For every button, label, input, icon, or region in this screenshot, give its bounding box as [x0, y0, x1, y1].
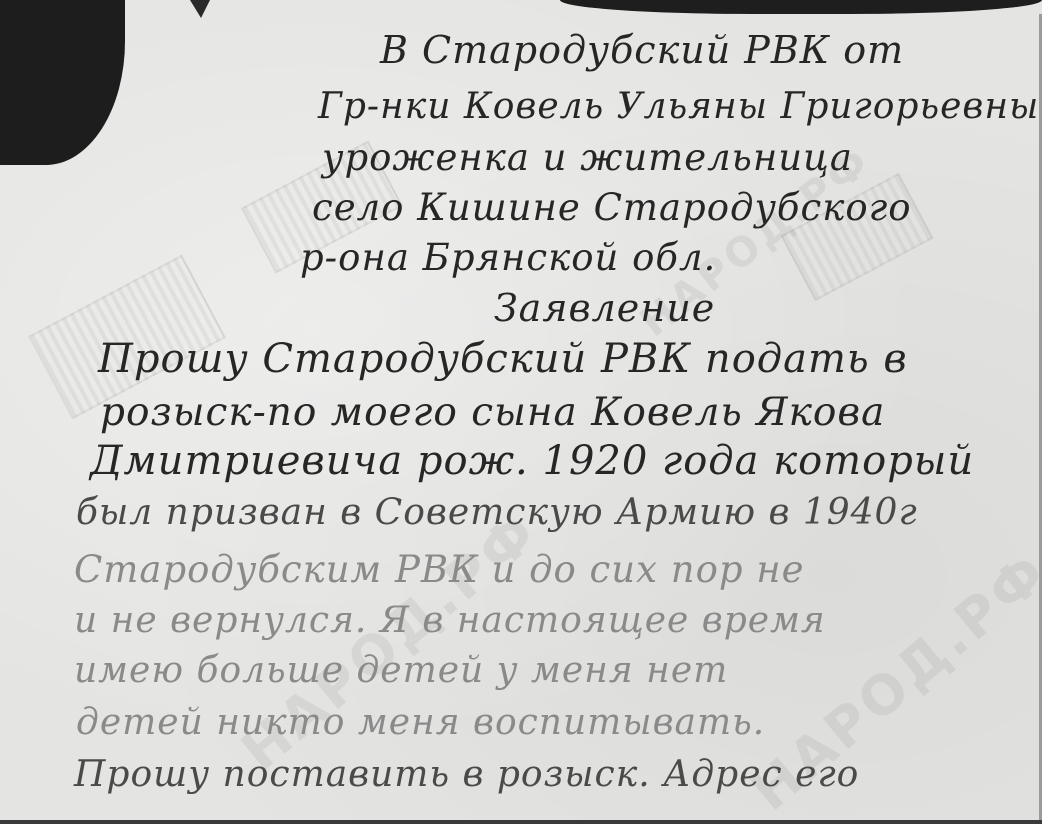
body-line-9: Прошу поставить в розыск. Адрес его	[74, 754, 859, 795]
body-line-4: был призван в Советскую Армию в 1940г	[76, 492, 918, 533]
header-line-1: В Стародубский РВК от	[380, 28, 904, 72]
body-line-1: Прошу Стародубский РВК подать в	[98, 336, 908, 382]
header-line-5: р-она Брянской обл.	[300, 236, 716, 279]
header-line-3: уроженка и жительница	[322, 136, 853, 179]
body-line-3: Дмитриевича рож. 1920 года который	[90, 438, 974, 484]
body-line-2: розыск-по моего сына Ковель Якова	[100, 390, 885, 435]
handwritten-text: В Стародубский РВК от Гр-нки Ковель Улья…	[0, 0, 1042, 824]
document-title: Заявление	[494, 286, 715, 330]
header-line-4: село Кишине Стародубского	[312, 186, 912, 229]
body-line-8: детей никто меня воспитывать.	[76, 702, 765, 743]
body-line-7: имею больше детей у меня нет	[74, 650, 728, 691]
header-line-2: Гр-нки Ковель Ульяны Григорьевны	[318, 86, 1039, 127]
body-line-5: Стародубским РВК и до сих пор не	[74, 548, 805, 591]
body-line-6: и не вернулся. Я в настоящее время	[74, 600, 826, 641]
document-page: НАРОД.РФ НАРОД.РФ НАРОД.РФ В Стародубски…	[0, 0, 1042, 824]
